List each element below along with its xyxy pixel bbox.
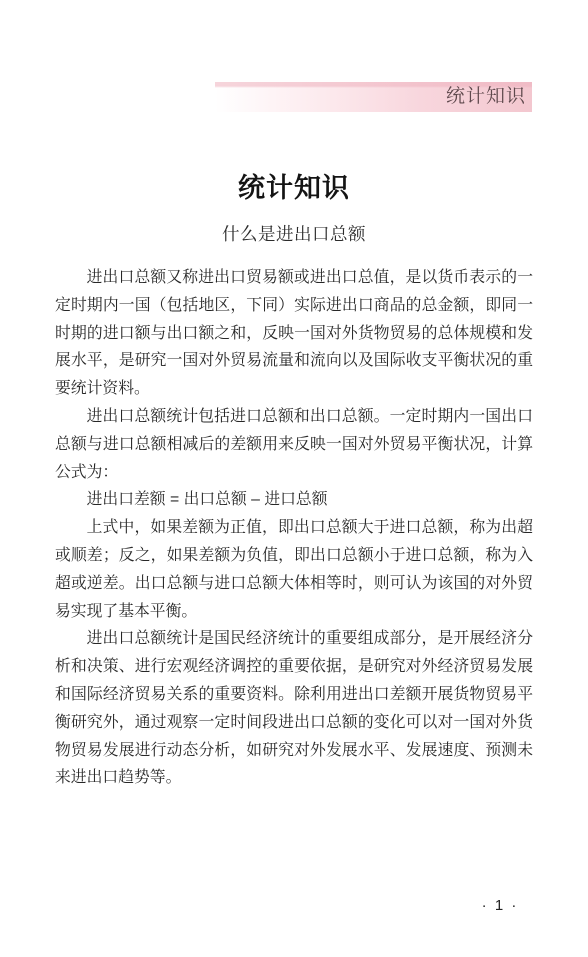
- book-page: 统计知识 统计知识 什么是进出口总额 进出口总额又称进出口贸易额或进出口总值，是…: [0, 0, 588, 957]
- section-heading: 什么是进出口总额: [0, 221, 588, 246]
- paragraph-1: 进出口总额又称进出口贸易额或进出口总值，是以货币表示的一定时期内一国（包括地区，…: [55, 264, 533, 403]
- running-header-title: 统计知识: [446, 82, 532, 112]
- paragraph-3: 上式中，如果差额为正值，即出口总额大于进口总额，称为出超或顺差；反之，如果差额为…: [55, 514, 533, 625]
- paragraph-4: 进出口总额统计是国民经济统计的重要组成部分，是开展经济分析和决策、进行宏观经济调…: [55, 625, 533, 792]
- formula-line: 进出口差额 = 出口总额 – 进口总额: [55, 486, 533, 514]
- page-number: · 1 ·: [470, 897, 530, 914]
- running-header-banner: 统计知识: [215, 82, 532, 112]
- body-text-block: 进出口总额又称进出口贸易额或进出口总值，是以货币表示的一定时期内一国（包括地区，…: [55, 264, 533, 792]
- paragraph-2: 进出口总额统计包括进口总额和出口总额。一定时期内一国出口总额与进口总额相减后的差…: [55, 403, 533, 486]
- page-title: 统计知识: [0, 166, 588, 205]
